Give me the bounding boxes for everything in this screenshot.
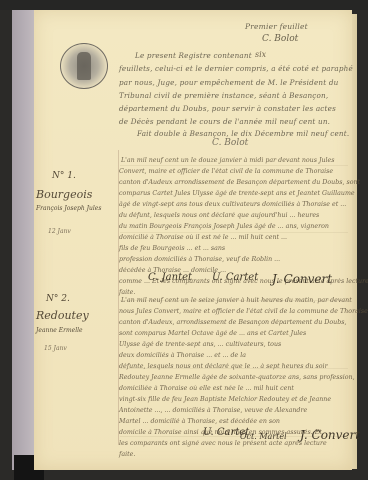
entry-2-line: Redoutey Jeanne Ermelle âgée de soixante…	[119, 374, 355, 381]
entry-1-line: canton d'Audeux arrondissement de Besanç…	[119, 179, 360, 186]
entry-1-signature-2: U. Cartet	[212, 272, 258, 283]
seal-figure-icon	[77, 52, 91, 80]
entry-1-signature-1: C. Jantet	[148, 272, 192, 283]
entry-2-surname: Redoutey	[36, 309, 89, 322]
entry-2-line: nous Jules Convert, maire et officier de…	[119, 308, 368, 315]
entry-2-line: domiciliée à Thoraise où elle est née le…	[119, 385, 294, 392]
entry-1-line: du défunt, lesquels nous ont déclaré que…	[119, 212, 319, 219]
preamble-line-3: par nous, Juge, pour empêchement de M. l…	[119, 78, 338, 87]
entry-1-line: comparus Cartet Jules Ulysse âgé de tren…	[119, 190, 355, 197]
entry-1-line: L'an mil neuf cent un le douze janvier à…	[121, 157, 335, 164]
entry-2-signature-2: Oct. Martel	[240, 432, 287, 441]
preamble-line-5: département du Doubs, pour servir à cons…	[119, 104, 336, 113]
entry-2-line: faite.	[119, 451, 135, 458]
preamble-line-2: feuillets, celui-ci et le dernier compri…	[119, 64, 353, 73]
entry-1-date-note: 12 Janv	[48, 228, 71, 235]
entry-2-date-note: 15 Janv	[44, 345, 67, 352]
entry-1-surname: Bourgeois	[36, 188, 92, 201]
entry-2-number: N° 2.	[46, 294, 70, 304]
preamble-line-4: Tribunal civil de première instance, séa…	[119, 91, 328, 100]
entry-2-line: Ulysse âgé de trente-sept ans, ... culti…	[119, 341, 281, 348]
sheet-signature: C. Bolot	[262, 34, 298, 44]
entry-2-signature-3: J. Convert	[300, 428, 360, 442]
entry-2-line: Martel ... domicilié à Thoraise, est déc…	[119, 418, 280, 425]
entry-2-line: les comparants ont signé avec nous le pr…	[119, 440, 327, 447]
preamble-line-7: Fait double à Besançon, le dix Décembre …	[137, 129, 349, 138]
preamble-line-6: de Décès pendant le cours de l'année mil…	[119, 117, 330, 126]
entry-1-line: du matin Bourgeois François Joseph Jules…	[119, 223, 329, 230]
scan-top-edge	[0, 0, 368, 10]
entry-1-line: âgé de vingt-sept ans tous deux cultivat…	[119, 201, 346, 208]
preamble-signature: C. Bolot	[212, 138, 248, 148]
entry-1-line: Convert, maire et officier de l'état civ…	[119, 168, 333, 175]
entry-1-line: fils de feu Bourgeois ... et ... sans	[119, 245, 225, 252]
entry-2-given-names: Jeanne Ermelle	[36, 327, 83, 334]
ruled-line	[120, 165, 348, 166]
ruled-line	[120, 232, 348, 233]
entry-1-line: faite.	[119, 289, 135, 296]
preamble-count: six	[255, 50, 266, 59]
entry-1-number: N° 1.	[52, 171, 76, 181]
entry-2-line: canton d'Audeux, arrondissement de Besan…	[119, 319, 346, 326]
entry-1-signature-3: J. Convert	[272, 272, 332, 286]
republic-seal	[60, 43, 108, 89]
entry-1-given-names: François Joseph Jules	[36, 205, 101, 212]
entry-2-line: deux domiciliés à Thoraise ... et ... de…	[119, 352, 246, 359]
entry-2-line: L'an mil neuf cent un le seize janvier à…	[121, 297, 352, 304]
sheet-label: Premier feuillet	[245, 22, 308, 31]
preamble-line-1: Le present Registre contenant	[135, 51, 252, 60]
entry-1-line: domicilié à Thoraise où il est né le ...…	[119, 234, 287, 241]
entry-2-line: sont comparus Martel Octave âgé de ... a…	[119, 330, 306, 337]
entry-2-line: vingt-six fille de feu Jean Baptiste Mel…	[119, 396, 331, 403]
entry-1-line: profession domiciliés à Thoraise, veuf d…	[119, 256, 280, 263]
entry-2-line: défunte, lesquels nous ont déclaré que l…	[119, 363, 328, 370]
entry-2-line: Antoinette ..., ... domiciliés à Thorais…	[119, 407, 307, 414]
